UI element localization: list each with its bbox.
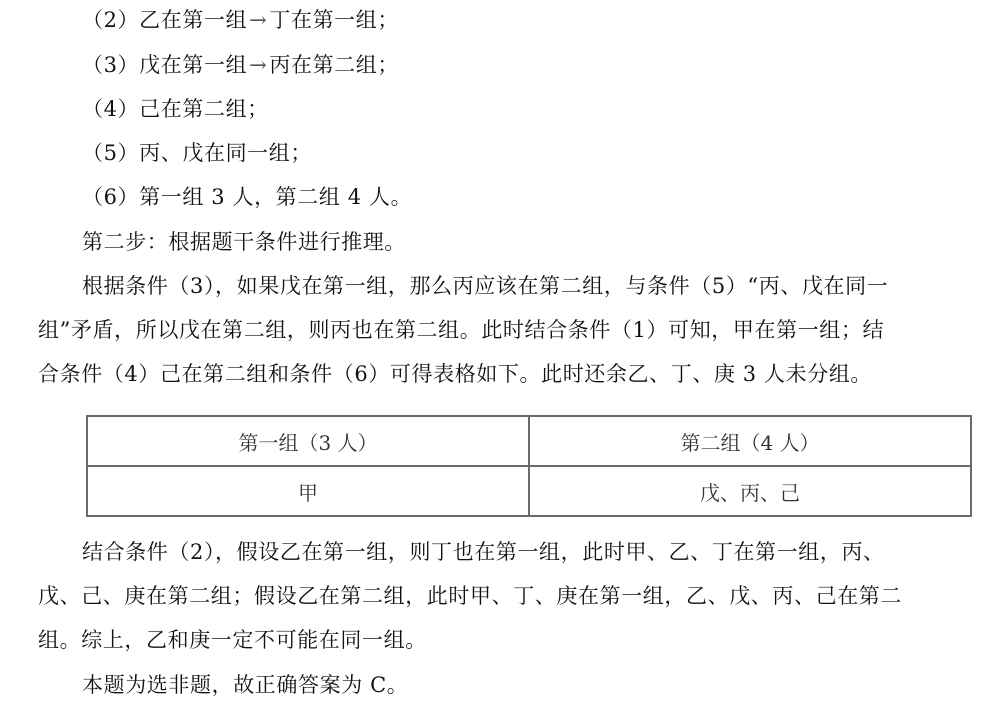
condition-label: （2） bbox=[82, 8, 139, 32]
table-header-row: 第一组（3 人） 第二组（4 人） bbox=[87, 416, 971, 466]
header-group-1: 第一组（3 人） bbox=[87, 416, 529, 466]
step2-heading: 第二步：根据题干条件进行推理。 bbox=[82, 227, 406, 257]
grouping-table: 第一组（3 人） 第二组（4 人） 甲 戊、丙、己 bbox=[86, 415, 972, 517]
condition-label: （4） bbox=[82, 97, 139, 121]
cell-group-1: 甲 bbox=[87, 466, 529, 516]
condition-premise: 乙在第一组 bbox=[139, 8, 247, 32]
reasoning-para1-line1: 根据条件（3），如果戊在第一组，那么丙应该在第二组，与条件（5）“丙、戊在同一 bbox=[82, 271, 888, 301]
reasoning-para1-line3: 合条件（4）己在第二组和条件（6）可得表格如下。此时还余乙、丁、庚 3 人未分组… bbox=[38, 359, 872, 389]
reasoning-para2-line2: 戊、己、庚在第二组；假设乙在第二组，此时甲、丁、庚在第一组，乙、戊、丙、己在第二 bbox=[38, 581, 902, 611]
condition-3: （3）戊在第一组→丙在第二组； bbox=[82, 50, 399, 80]
condition-text: 第一组 3 人，第二组 4 人。 bbox=[139, 185, 412, 209]
condition-premise: 戊在第一组 bbox=[139, 53, 247, 77]
condition-2: （2）乙在第一组→丁在第一组； bbox=[82, 5, 399, 35]
condition-4: （4）己在第二组； bbox=[82, 94, 269, 124]
condition-label: （3） bbox=[82, 53, 139, 77]
condition-label: （6） bbox=[82, 185, 139, 209]
condition-text: 丙、戊在同一组； bbox=[139, 141, 312, 165]
answer-conclusion: 本题为选非题，故正确答案为 C。 bbox=[82, 670, 408, 700]
right-arrow-icon: → bbox=[249, 50, 267, 80]
reasoning-para1-line2: 组”矛盾，所以戊在第二组，则丙也在第二组。此时结合条件（1）可知，甲在第一组；结 bbox=[38, 315, 884, 345]
cell-group-2: 戊、丙、己 bbox=[529, 466, 971, 516]
condition-consequence: 丙在第二组； bbox=[269, 53, 399, 77]
table-row: 甲 戊、丙、己 bbox=[87, 466, 971, 516]
reasoning-para2-line3: 组。综上，乙和庚一定不可能在同一组。 bbox=[38, 625, 427, 655]
condition-5: （5）丙、戊在同一组； bbox=[82, 138, 312, 168]
right-arrow-icon: → bbox=[249, 5, 267, 35]
condition-label: （5） bbox=[82, 141, 139, 165]
header-group-2: 第二组（4 人） bbox=[529, 416, 971, 466]
reasoning-para2-line1: 结合条件（2），假设乙在第一组，则丁也在第一组，此时甲、乙、丁在第一组，丙、 bbox=[82, 537, 885, 567]
condition-6: （6）第一组 3 人，第二组 4 人。 bbox=[82, 182, 412, 212]
condition-consequence: 丁在第一组； bbox=[269, 8, 399, 32]
condition-text: 己在第二组； bbox=[139, 97, 269, 121]
